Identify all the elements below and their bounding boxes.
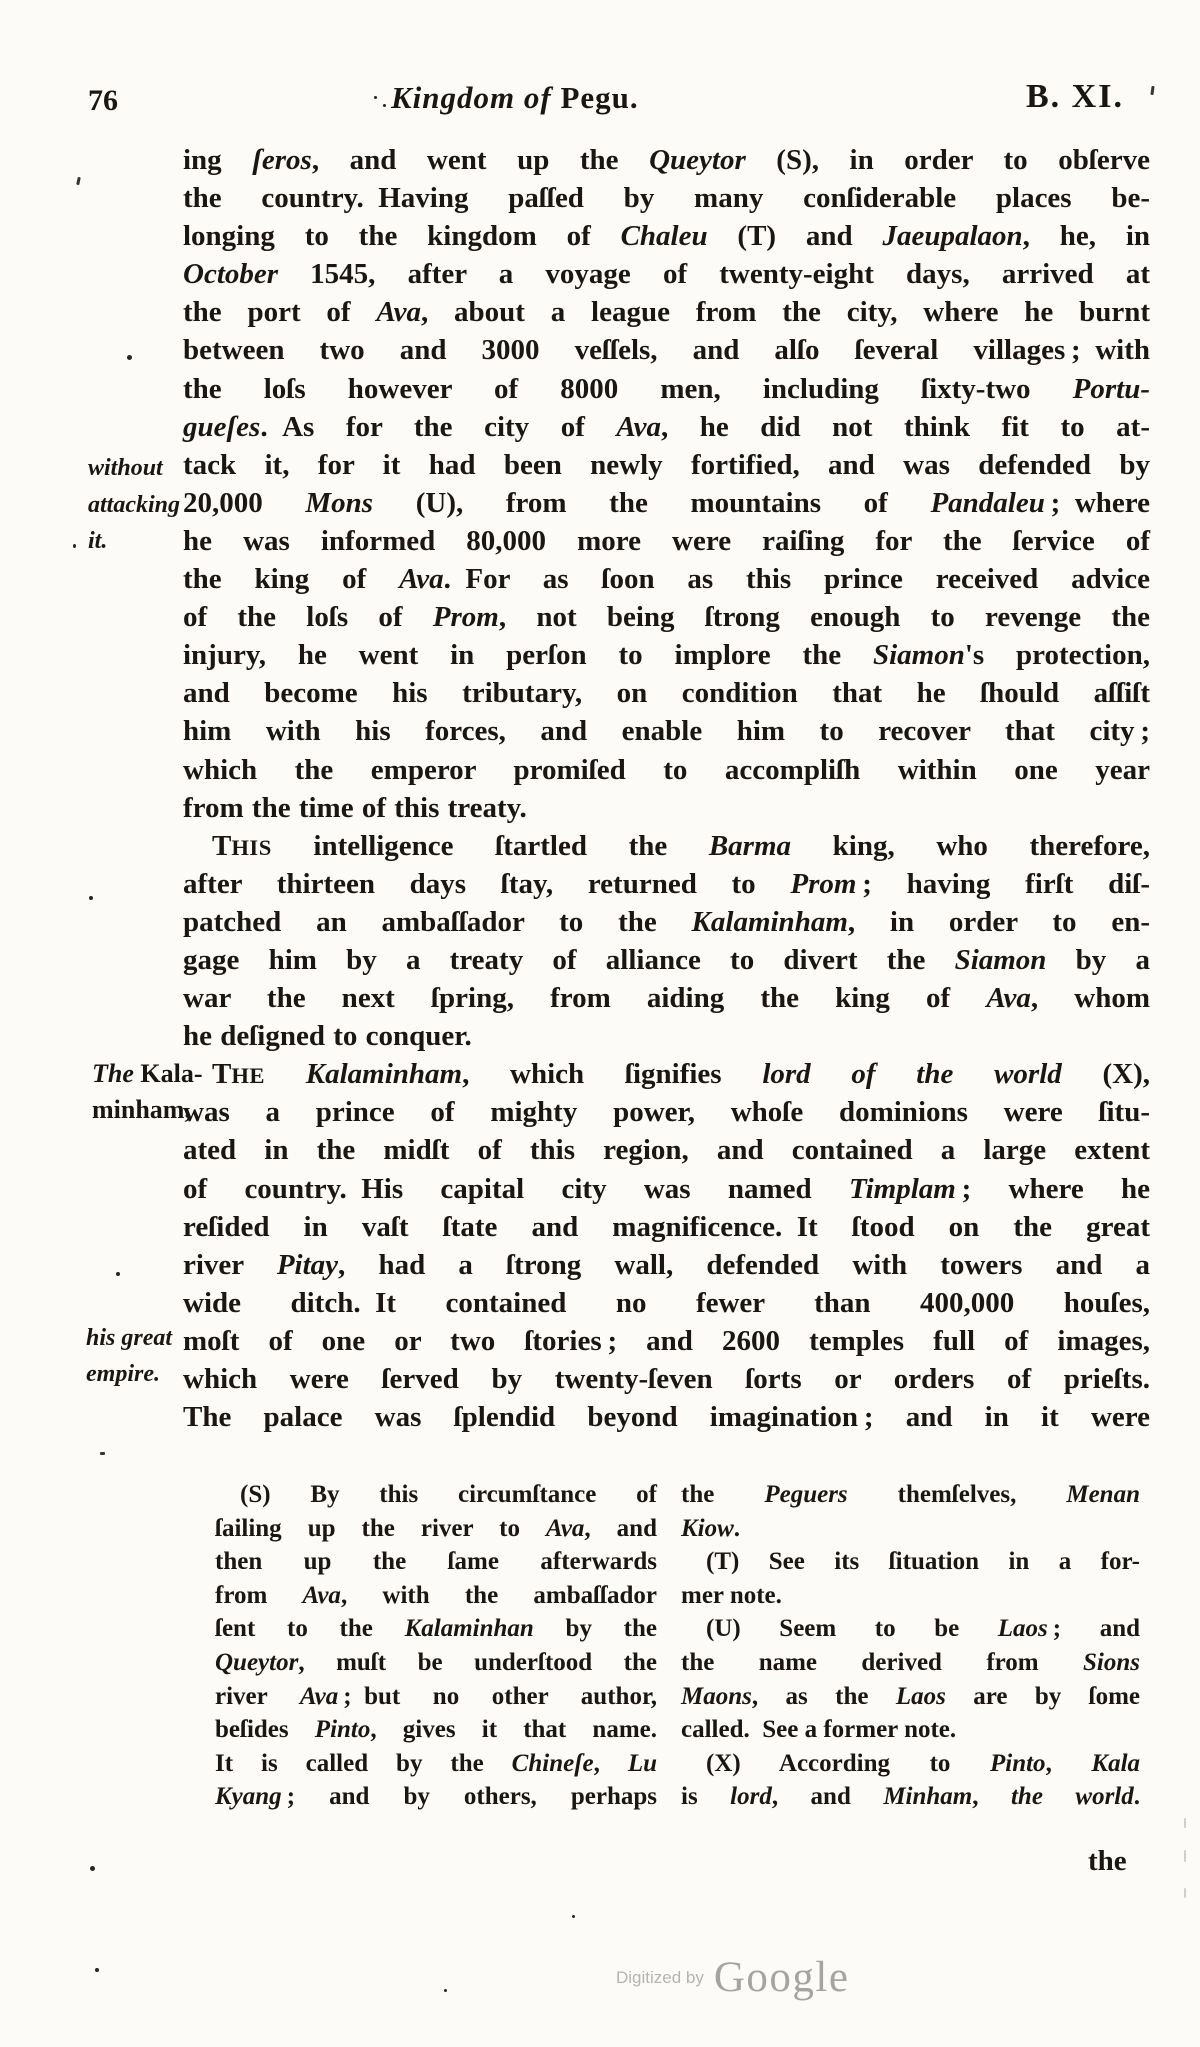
text-run: minham, [92, 1095, 191, 1124]
text-run: , not being ſtrong enough to revenge the [499, 601, 1150, 633]
body-text-line: from the time of this treaty. [183, 789, 1150, 827]
footnote-line: beſides Pinto, gives it that name. [215, 1713, 657, 1747]
scanned-book-page: 76 Kingdom of Pegu. B. XI. ing ſeros, an… [0, 0, 1200, 2047]
text-run: , and [584, 1515, 657, 1542]
ink-speck [90, 1866, 95, 1871]
body-text-line: he deſigned to conquer. [183, 1017, 1150, 1055]
text-run: Prom [790, 868, 856, 900]
text-run: Siamon [955, 944, 1047, 976]
page-edge-artifact [1184, 1818, 1186, 1828]
text-run: , muſt be underſtood the [298, 1649, 657, 1676]
main-text-block: ing ſeros, and went up the Queytor (S), … [183, 141, 1150, 1436]
ink-speck [116, 1272, 120, 1276]
text-run: called. See a former note. [681, 1716, 956, 1743]
text-run: are by ſome [946, 1683, 1140, 1710]
text-run: from [215, 1582, 303, 1609]
body-text-line: tack it, for it had been newly fortified… [183, 446, 1150, 484]
text-run: Kala- [134, 1059, 203, 1088]
text-run: ; where [1045, 487, 1150, 519]
text-run: the country. Having paſſed by many conſi… [183, 182, 1150, 214]
text-run: , gives it that name. [370, 1716, 657, 1743]
body-text-line: and become his tributary, on condition t… [183, 674, 1150, 712]
text-run: Ava [300, 1683, 338, 1710]
text-run: , with the ambaſſador [341, 1582, 657, 1609]
text-run: beſides [215, 1716, 315, 1743]
text-run: Pinto [315, 1716, 371, 1743]
text-run: (X) According to [681, 1750, 990, 1777]
footnote-line: is lord, and Minham, the world. [681, 1780, 1140, 1814]
text-run: Laos [896, 1683, 946, 1710]
text-run: Ava [616, 411, 661, 443]
body-text-line: THIS intelligence ſtartled the Barma kin… [183, 827, 1150, 865]
footnote-line: (X) According to Pinto, Kala [681, 1747, 1140, 1781]
text-run: (T) and [708, 220, 883, 252]
margin-note-line: it. [88, 523, 218, 560]
text-run: which were ſerved by twenty-ſeven ſorts … [183, 1363, 1150, 1395]
text-run: by a [1046, 944, 1150, 976]
text-run: which the emperor promiſed to accompliſh… [183, 754, 1150, 786]
text-run: (T) See its ſituation in a for- [681, 1548, 1140, 1575]
text-run: between two and 3000 veſſels, and alſo ſ… [183, 334, 1150, 366]
body-text-line: patched an ambaſſador to the Kalaminham,… [183, 903, 1150, 941]
text-run: Barma [709, 830, 791, 862]
text-run: Siamon [873, 639, 965, 671]
text-run: was a prince of mighty power, whoſe domi… [183, 1096, 1150, 1128]
footnote-line: from Ava, with the ambaſſador [215, 1579, 657, 1613]
ink-speck [1150, 86, 1154, 95]
text-run: the king of [183, 563, 399, 595]
text-run: Ava [303, 1582, 341, 1609]
text-run: Queytor [215, 1649, 298, 1676]
ink-speck [127, 355, 132, 360]
text-run: (S) By this circumſtance of [215, 1481, 657, 1508]
running-title: Kingdom of Pegu. [391, 80, 639, 116]
footnote-line: ſailing up the river to Ava, and [215, 1512, 657, 1546]
body-text-line: 20,000 Mons (U), from the mountains of P… [183, 484, 1150, 522]
text-run: without [88, 455, 163, 481]
text-run: , about a league from the city, where he… [421, 296, 1150, 328]
footnote-line: Kyang ; and by others, perhaps [215, 1780, 657, 1814]
text-run: patched an ambaſſador to the [183, 906, 692, 938]
body-text-line: which the emperor promiſed to accompliſh… [183, 751, 1150, 789]
text-run: reſided in vaſt ſtate and magnificence. … [183, 1211, 1150, 1243]
text-run: the name derived from [681, 1649, 1083, 1676]
text-run: , [972, 1783, 1011, 1810]
text-run: he deſigned to conquer. [183, 1020, 472, 1052]
watermark-prefix-label: Digitized by [616, 1968, 704, 1988]
body-text-line: of country. His capital city was named T… [183, 1170, 1150, 1208]
text-run: mer note. [681, 1582, 782, 1609]
text-run: , he, in [1023, 220, 1150, 252]
text-run: ; having firſt diſ- [856, 868, 1150, 900]
margin-note-line: his great [86, 1320, 226, 1356]
ink-speck [76, 177, 81, 185]
text-run: , and went up the [312, 144, 649, 176]
margin-note-line: minham, [92, 1092, 242, 1128]
text-run: Kingdom of [391, 80, 552, 115]
footnote-line: ſent to the Kalaminhan by the [215, 1612, 657, 1646]
body-text-line: THE Kalaminham, which ſignifies lord of … [183, 1055, 1150, 1093]
ink-speck [100, 1452, 105, 1455]
body-text-line: the port of Ava, about a league from the… [183, 293, 1150, 331]
body-text-line: him with his forces, and enable him to r… [183, 712, 1150, 750]
body-text-line: reſided in vaſt ſtate and magnificence. … [183, 1208, 1150, 1246]
ink-speck [374, 96, 377, 99]
text-run: (S), in order to obſerve [746, 144, 1150, 176]
text-run: Kala [1091, 1750, 1140, 1777]
text-run: ; and [1048, 1615, 1140, 1642]
text-run: . For as ſoon as this prince received ad… [444, 563, 1150, 595]
body-text-line: the country. Having paſſed by many conſi… [183, 179, 1150, 217]
text-run: Jaeupalaon [882, 220, 1022, 252]
text-run: Kalaminham [306, 1058, 462, 1090]
footnote-line: the Peguers themſelves, Menan [681, 1478, 1140, 1512]
text-run: ſailing up the river to [215, 1515, 546, 1542]
text-run: Mons [305, 487, 373, 519]
footnote-line: then up the ſame afterwards [215, 1545, 657, 1579]
margin-note-line: attacking [88, 487, 218, 524]
text-run: (U), from the mountains of [373, 487, 930, 519]
margin-note-his-great-empire: his greatempire. [86, 1320, 226, 1392]
footnote-line: river Ava ; but no other author, [215, 1680, 657, 1714]
text-run: Kyang [215, 1783, 282, 1810]
text-run: 's protection, [965, 639, 1150, 671]
text-run: ated in the midſt of this region, and co… [183, 1134, 1150, 1166]
text-run: . As for the city of [260, 411, 616, 443]
text-run: 1545, after a voyage of twenty-eight day… [278, 258, 1150, 290]
body-text-line: after thirteen days ſtay, returned to Pr… [183, 865, 1150, 903]
text-run: , he did not think fit to at- [661, 411, 1150, 443]
text-run: of country. His capital city was named [183, 1173, 849, 1205]
text-run: Pitay [277, 1249, 338, 1281]
body-text-line: the king of Ava. For as ſoon as this pri… [183, 560, 1150, 598]
text-run: ; and by others, perhaps [282, 1783, 657, 1810]
text-run: king, who therefore, [791, 830, 1150, 862]
text-run: T [183, 830, 231, 862]
footnote-line: called. See a former note. [681, 1713, 1140, 1747]
text-run: river [215, 1683, 300, 1710]
text-run: the loſs however of 8000 men, including … [183, 373, 1073, 405]
text-run: Pinto [990, 1750, 1046, 1777]
footnote-line: It is called by the Chineſe, Lu [215, 1747, 657, 1781]
margin-note-line: The Kala- [92, 1056, 242, 1092]
text-run: Sions [1083, 1649, 1140, 1676]
digitization-watermark: Digitized by Google [616, 1956, 849, 1999]
body-text-line: which were ſerved by twenty-ſeven ſorts … [183, 1360, 1150, 1398]
footnote-column-right: the Peguers themſelves, MenanKiow. (T) S… [681, 1478, 1140, 1814]
text-run: , and [772, 1783, 884, 1810]
text-run: Minham [883, 1783, 972, 1810]
text-run: him with his forces, and enable him to r… [183, 715, 1150, 747]
text-run: river [183, 1249, 277, 1281]
text-run: longing to the kingdom of [183, 220, 621, 252]
text-run: attacking [88, 492, 180, 518]
body-text-line: The palace was ſplendid beyond imaginati… [183, 1398, 1150, 1436]
text-run: Queytor [649, 144, 746, 176]
text-run: Menan [1066, 1481, 1140, 1508]
text-run: Prom [433, 601, 499, 633]
text-run: . [1134, 1783, 1140, 1810]
text-run: ; but no other author, [338, 1683, 657, 1710]
body-text-line: October 1545, after a voyage of twenty-e… [183, 255, 1150, 293]
ink-speck [73, 544, 76, 548]
text-run: is [681, 1783, 730, 1810]
footnote-line: Queytor, muſt be underſtood the [215, 1646, 657, 1680]
text-run: of the loſs of [183, 601, 433, 633]
text-run: war the next ſpring, from aiding the kin… [183, 982, 986, 1014]
body-text-line: moſt of one or two ſtories ; and 2600 te… [183, 1322, 1150, 1360]
text-run: (X), [1062, 1058, 1150, 1090]
body-text-line: longing to the kingdom of Chaleu (T) and… [183, 217, 1150, 255]
text-run: , had a ſtrong wall, defended with tower… [338, 1249, 1150, 1281]
text-run: moſt of one or two ſtories ; and 2600 te… [183, 1325, 1150, 1357]
text-run: then up the ſame afterwards [215, 1548, 657, 1575]
text-run: gueſes [183, 411, 260, 443]
footnote-line: (T) See its ſituation in a for- [681, 1545, 1140, 1579]
footnote-line: (U) Seem to be Laos ; and [681, 1612, 1140, 1646]
text-run: The palace was ſplendid beyond imaginati… [183, 1401, 1150, 1433]
text-run: ing [183, 144, 252, 176]
footnote-line: the name derived from Sions [681, 1646, 1140, 1680]
footnote-line: Kiow. [681, 1512, 1140, 1546]
text-run: gage him by a treaty of alliance to dive… [183, 944, 955, 976]
text-run: from the time of this treaty. [183, 792, 527, 824]
footnote-column-left: (S) By this circumſtance ofſailing up th… [215, 1478, 657, 1814]
text-run: , which ſignifies [462, 1058, 762, 1090]
body-text-line: wide ditch. It contained no fewer than 4… [183, 1284, 1150, 1322]
body-text-line: ing ſeros, and went up the Queytor (S), … [183, 141, 1150, 179]
text-run: it. [88, 528, 107, 554]
text-run: Kalaminhan [405, 1615, 534, 1642]
body-text-line: river Pitay, had a ſtrong wall, defended… [183, 1246, 1150, 1284]
text-run: The [92, 1059, 134, 1088]
ink-speck [89, 896, 93, 900]
body-text-line: of the loſs of Prom, not being ſtrong en… [183, 598, 1150, 636]
margin-note-line: empire. [86, 1356, 226, 1392]
text-run: empire. [86, 1361, 160, 1387]
text-run: Laos [998, 1615, 1048, 1642]
text-run: lord of the world [762, 1058, 1061, 1090]
text-run: Chaleu [621, 220, 708, 252]
text-run: tack it, for it had been newly fortified… [183, 449, 1150, 481]
text-run: wide ditch. It contained no fewer than 4… [183, 1287, 1150, 1319]
page-number: 76 [88, 84, 118, 118]
text-run: It is called by the [215, 1750, 512, 1777]
text-run: the world [1011, 1783, 1134, 1810]
ink-speck [444, 1989, 447, 1992]
body-text-line: he was informed 80,000 more were raiſing… [183, 522, 1150, 560]
catchword: the [1088, 1845, 1127, 1878]
body-text-line: ated in the midſt of this region, and co… [183, 1131, 1150, 1169]
margin-note-line: without [88, 450, 218, 487]
text-run: , [1046, 1750, 1092, 1777]
text-run: Ava [986, 982, 1031, 1014]
google-logo: Google [714, 1956, 850, 1999]
text-run: and become his tributary, on condition t… [183, 677, 1150, 709]
text-run: , as the [752, 1683, 896, 1710]
text-run: he was informed 80,000 more were raiſing… [183, 525, 1150, 557]
text-run: HIS [231, 835, 271, 860]
text-run: , [594, 1750, 628, 1777]
body-text-line: the loſs however of 8000 men, including … [183, 370, 1150, 408]
text-run: October [183, 258, 278, 290]
text-run: his great [86, 1325, 172, 1351]
page-edge-artifact [1184, 1850, 1186, 1862]
text-run: Chineſe [512, 1750, 594, 1777]
margin-note-without-attacking-it: withoutattackingit. [88, 450, 218, 560]
text-run: lord [730, 1783, 772, 1810]
text-run: after thirteen days ſtay, returned to [183, 868, 790, 900]
text-run: the [681, 1481, 764, 1508]
text-run: Peguers [764, 1481, 847, 1508]
text-run: intelligence ſtartled the [272, 830, 709, 862]
text-run: (U) Seem to be [681, 1615, 998, 1642]
page-edge-artifact [1184, 1888, 1186, 1898]
body-text-line: injury, he went in perſon to implore the… [183, 636, 1150, 674]
ink-speck [95, 1968, 99, 1972]
text-run: Ava [546, 1515, 584, 1542]
footnote-line: mer note. [681, 1579, 1140, 1613]
body-text-line: between two and 3000 veſſels, and alſo ſ… [183, 331, 1150, 369]
ink-speck [572, 1915, 575, 1918]
text-run: Maons [681, 1683, 752, 1710]
text-run: Pegu. [552, 80, 639, 115]
footnote-line: (S) By this circumſtance of [215, 1478, 657, 1512]
text-run: ; where he [956, 1173, 1150, 1205]
body-text-line: gage him by a treaty of alliance to dive… [183, 941, 1150, 979]
text-run: Ava [376, 296, 421, 328]
text-run: themſelves, [848, 1481, 1067, 1508]
text-run [265, 1058, 306, 1090]
text-run: Ava [399, 563, 444, 595]
text-run: Portu- [1073, 373, 1150, 405]
text-run: by the [534, 1615, 657, 1642]
text-run: . [734, 1515, 740, 1542]
footnote-line: Maons, as the Laos are by ſome [681, 1680, 1140, 1714]
text-run: the port of [183, 296, 376, 328]
text-run: Kiow [681, 1515, 734, 1542]
text-run: , in order to en- [848, 906, 1150, 938]
ink-speck [383, 104, 386, 107]
text-run: Kalaminham [692, 906, 848, 938]
book-chapter-ref: B. XI. [1026, 78, 1124, 116]
text-run: , whom [1031, 982, 1150, 1014]
body-text-line: war the next ſpring, from aiding the kin… [183, 979, 1150, 1017]
body-text-line: was a prince of mighty power, whoſe domi… [183, 1093, 1150, 1131]
text-run: Lu [628, 1750, 657, 1777]
text-run: Pandaleu [930, 487, 1044, 519]
text-run: ſent to the [215, 1615, 405, 1642]
text-run: injury, he went in perſon to implore the [183, 639, 873, 671]
text-run: Timplam [849, 1173, 956, 1205]
body-text-line: gueſes. As for the city of Ava, he did n… [183, 408, 1150, 446]
margin-note-the-kalaminham: The Kala-minham, [92, 1056, 242, 1128]
text-run: ſeros [252, 144, 312, 176]
